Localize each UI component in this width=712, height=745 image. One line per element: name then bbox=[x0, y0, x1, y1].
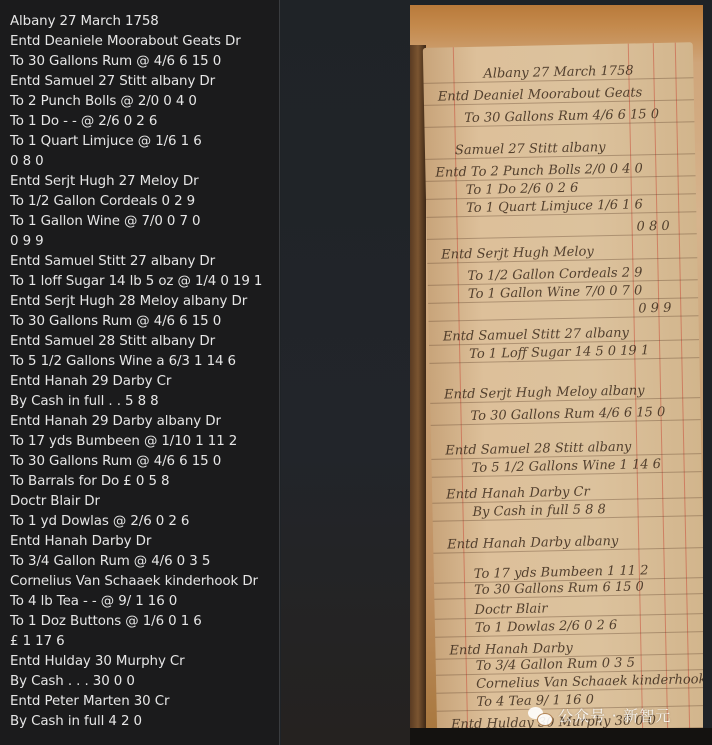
transcript-line: Entd Samuel 28 Stitt albany Dr bbox=[10, 332, 262, 352]
transcript-line: By Cash in full . . 5 8 8 bbox=[10, 392, 262, 412]
transcript-line: To 5 1/2 Gallons Wine a 6/3 1 14 6 bbox=[10, 352, 262, 372]
transcript-line: 0 8 0 bbox=[10, 152, 262, 172]
transcript-line: Cornelius Van Schaaek kinderhook Dr bbox=[10, 572, 262, 592]
transcript-line: Entd Hanah Darby Dr bbox=[10, 532, 262, 552]
transcript-line: By Cash in full 4 2 0 bbox=[10, 712, 262, 732]
transcript-line: To 30 Gallons Rum @ 4/6 6 15 0 bbox=[10, 312, 262, 332]
handwritten-entry: To 1 Do 2/6 0 2 6 bbox=[466, 181, 579, 198]
handwritten-entry: 0 9 9 bbox=[638, 301, 671, 317]
transcript-line: Entd Samuel Stitt 27 albany Dr bbox=[10, 252, 262, 272]
handwritten-entry: Entd Serjt Hugh Meloy bbox=[441, 244, 594, 262]
handwritten-entry: To 1 Dowlas 2/6 0 2 6 bbox=[475, 618, 618, 636]
transcript-line: To 30 Gallons Rum @ 4/6 6 15 0 bbox=[10, 452, 262, 472]
transcript-line: Entd Hanah 29 Darby Cr bbox=[10, 372, 262, 392]
transcript-line: Entd Serjt Hugh 28 Meloy albany Dr bbox=[10, 292, 262, 312]
transcript-line: 0 9 9 bbox=[10, 232, 262, 252]
handwritten-entry: Cornelius Van Schaaek kinderhook bbox=[476, 672, 703, 692]
handwritten-entry: Doctr Blair bbox=[474, 601, 547, 618]
wechat-icon bbox=[528, 706, 552, 726]
handwritten-entry: Entd Hanah Darby Cr bbox=[446, 485, 590, 503]
photo-bottom-shadow bbox=[410, 728, 712, 745]
handwritten-entry: 0 8 0 bbox=[636, 219, 669, 235]
transcript-line: Doctr Blair Dr bbox=[10, 492, 262, 512]
manuscript-photo: Albany 27 March 1758Entd Deaniel Moorabo… bbox=[410, 5, 703, 728]
transcript-panel: Albany 27 March 1758Entd Deaniele Moorab… bbox=[0, 0, 280, 745]
transcript-line: To 1 Do - - @ 2/6 0 2 6 bbox=[10, 112, 262, 132]
transcript-line: Entd Peter Marten 30 Cr bbox=[10, 692, 262, 712]
panel-gap bbox=[281, 0, 410, 745]
transcript-line: To 30 Gallons Rum @ 4/6 6 15 0 bbox=[10, 52, 262, 72]
transcript-line: Entd Serjt Hugh 27 Meloy Dr bbox=[10, 172, 262, 192]
transcript-line: Albany 27 March 1758 bbox=[10, 12, 262, 32]
transcript-line: To 1 yd Dowlas @ 2/6 0 2 6 bbox=[10, 512, 262, 532]
transcript-line: To Barrals for Do £ 0 5 8 bbox=[10, 472, 262, 492]
ledger-column-rule bbox=[653, 43, 668, 728]
transcript-line: Entd Deaniele Moorabout Geats Dr bbox=[10, 32, 262, 52]
transcript-line: Entd Samuel 27 Stitt albany Dr bbox=[10, 72, 262, 92]
ledger-column-rule bbox=[675, 43, 690, 728]
ledger-page: Albany 27 March 1758Entd Deaniel Moorabo… bbox=[423, 42, 703, 728]
transcript-line: To 1 Doz Buttons @ 1/6 0 1 6 bbox=[10, 612, 262, 632]
transcript-line: To 17 yds Bumbeen @ 1/10 1 11 2 bbox=[10, 432, 262, 452]
transcript-line: £ 1 17 6 bbox=[10, 632, 262, 652]
handwritten-entry: Entd Hanah Darby bbox=[449, 641, 573, 659]
handwritten-entry: Albany 27 March 1758 bbox=[483, 63, 634, 81]
transcript-line: To 4 lb Tea - - @ 9/ 1 16 0 bbox=[10, 592, 262, 612]
photo-frame-edge bbox=[703, 0, 712, 745]
transcript-list: Albany 27 March 1758Entd Deaniele Moorab… bbox=[10, 12, 262, 732]
transcript-line: To 2 Punch Bolls @ 2/0 0 4 0 bbox=[10, 92, 262, 112]
transcript-line: Entd Hulday 30 Murphy Cr bbox=[10, 652, 262, 672]
transcript-line: By Cash . . . 30 0 0 bbox=[10, 672, 262, 692]
handwritten-entry: By Cash in full 5 8 8 bbox=[472, 502, 606, 520]
handwritten-entry: Samuel 27 Stitt albany bbox=[455, 140, 606, 158]
ledger-binding bbox=[410, 45, 426, 728]
transcript-line: To 3/4 Gallon Rum @ 4/6 0 3 5 bbox=[10, 552, 262, 572]
transcript-line: Entd Hanah 29 Darby albany Dr bbox=[10, 412, 262, 432]
transcript-line: To 1 Gallon Wine @ 7/0 0 7 0 bbox=[10, 212, 262, 232]
transcript-line: To 1 Quart Limjuce @ 1/6 1 6 bbox=[10, 132, 262, 152]
transcript-line: To 1 loff Sugar 14 lb 5 oz @ 1/4 0 19 1 bbox=[10, 272, 262, 292]
watermark-label: 公众号 · 新智元 bbox=[558, 705, 671, 726]
watermark: 公众号 · 新智元 bbox=[528, 705, 671, 726]
transcript-line: To 1/2 Gallon Cordeals 0 2 9 bbox=[10, 192, 262, 212]
